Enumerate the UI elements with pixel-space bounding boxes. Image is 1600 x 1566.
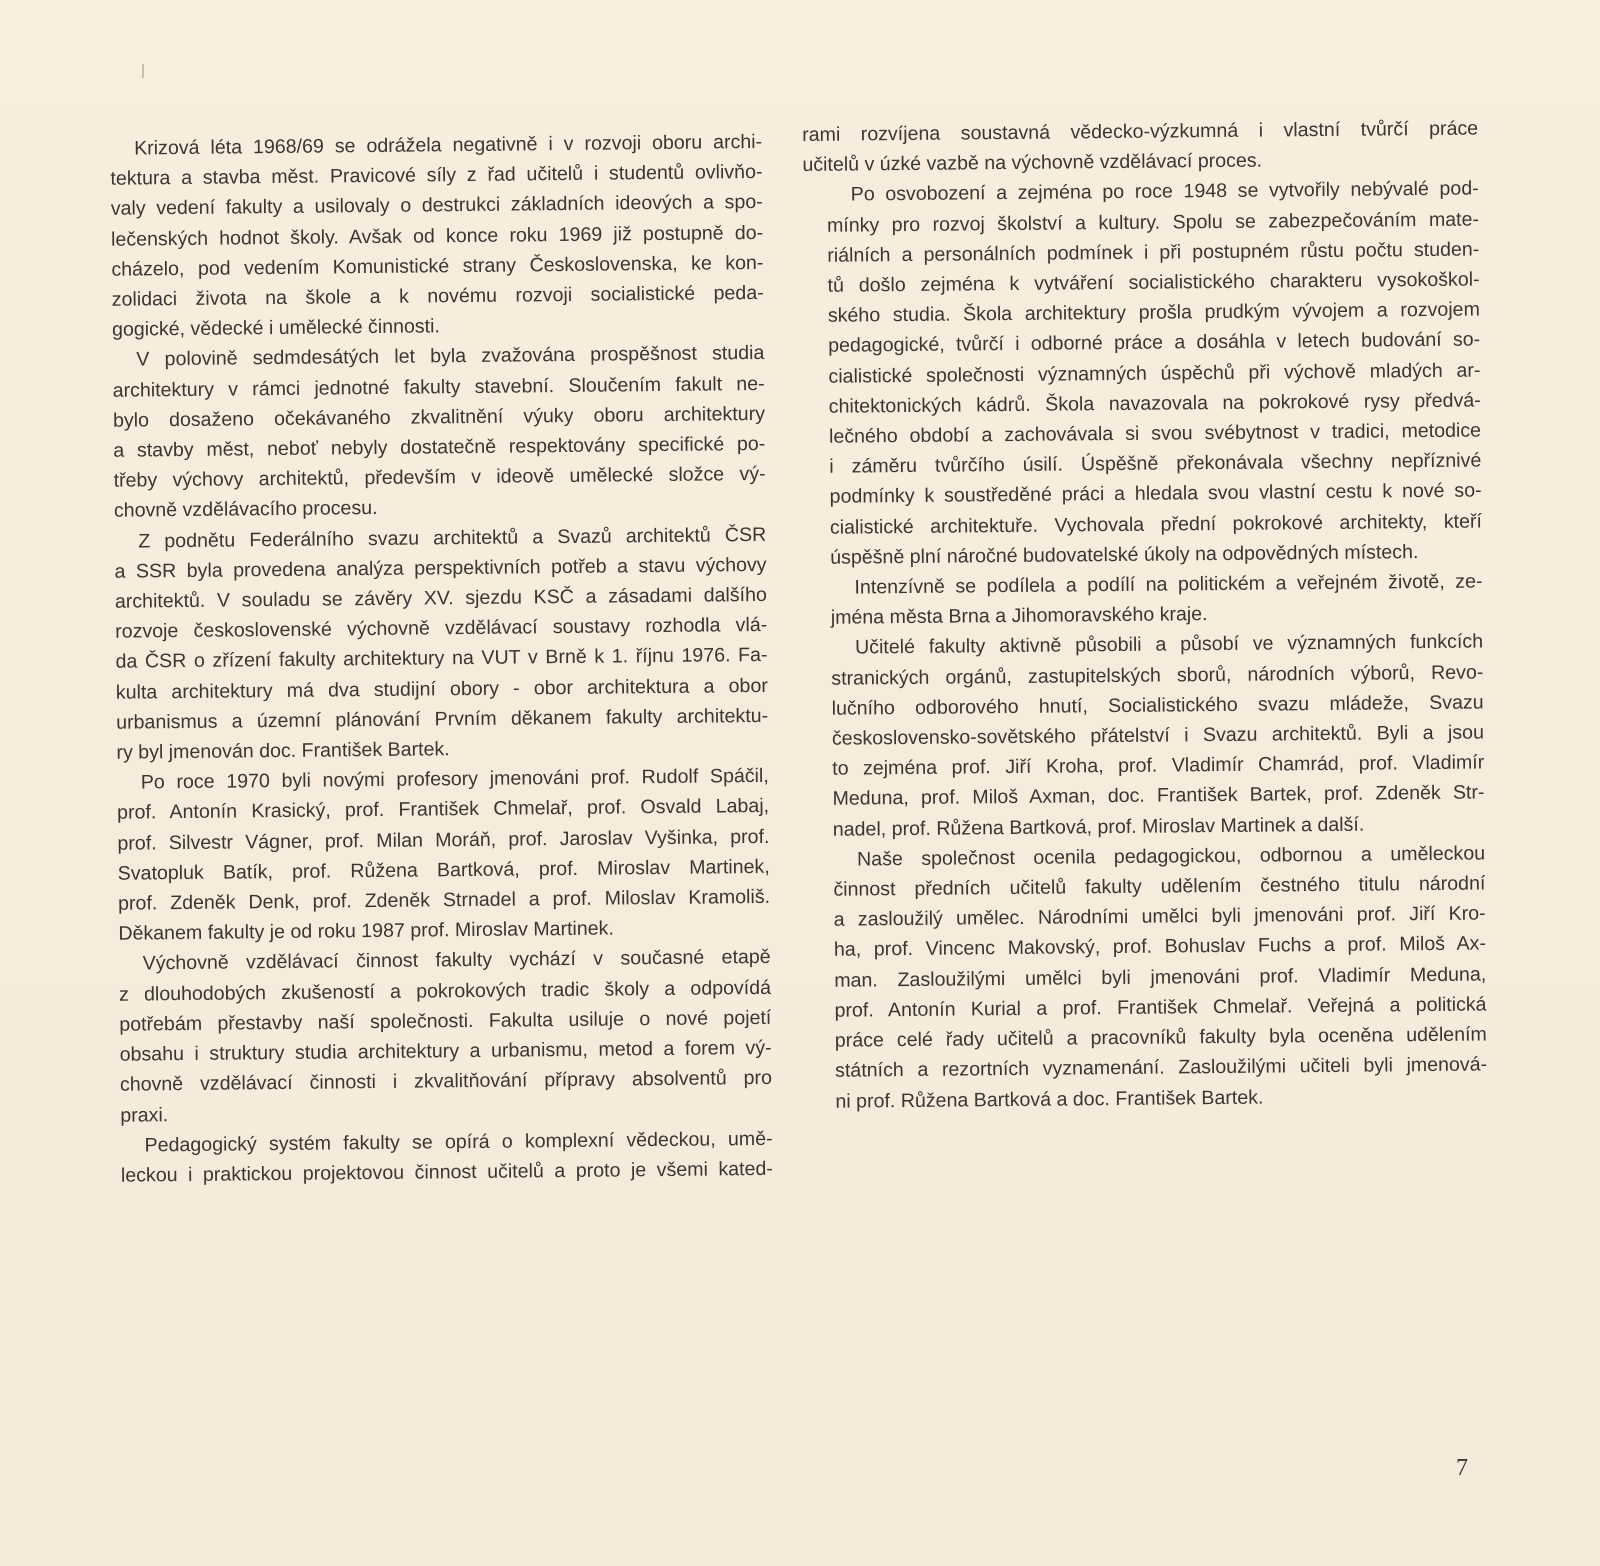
right-column: rami rozvíjena soustavná vědecko-výzkumn… [802, 114, 1488, 1117]
scan-mark [142, 64, 144, 78]
paragraph: Po roce 1970 byli novými profesory jmeno… [93, 761, 771, 949]
text-line: ni prof. Růžena Bartková a doc. Františe… [811, 1080, 1487, 1117]
paragraph: V polovině sedmdesátých let byla zvažová… [88, 338, 766, 526]
text-line: leckou i praktickou projektovou činnost … [97, 1154, 773, 1191]
page-number: 7 [1456, 1455, 1468, 1482]
paragraph: Z podnětu Federálního svazu architektů a… [90, 520, 768, 769]
paragraph: Výchovně vzdělávací činnost fakulty vych… [95, 942, 773, 1130]
paragraph: Krizová léta 1968/69 se odrážela negativ… [86, 127, 764, 345]
paragraph: Pedagogický systém fakulty se opírá o ko… [96, 1124, 773, 1191]
left-column: Krizová léta 1968/69 se odrážela negativ… [86, 127, 773, 1191]
paragraph: rami rozvíjena soustavná vědecko-výzkumn… [802, 114, 1479, 181]
paragraph: Učitelé fakulty aktivně působili a působ… [807, 627, 1485, 845]
document-page: Krizová léta 1968/69 se odrážela negativ… [0, 0, 1600, 1566]
paragraph: Naše společnost ocenila pedagogickou, od… [809, 838, 1488, 1116]
paragraph: Intenzívně se podílela a podílí na polit… [806, 567, 1483, 634]
paragraph: Po osvobození a zejména po roce 1948 se … [803, 174, 1483, 573]
text-line: státních a rezortních vyznamenání. Zaslo… [811, 1050, 1487, 1087]
